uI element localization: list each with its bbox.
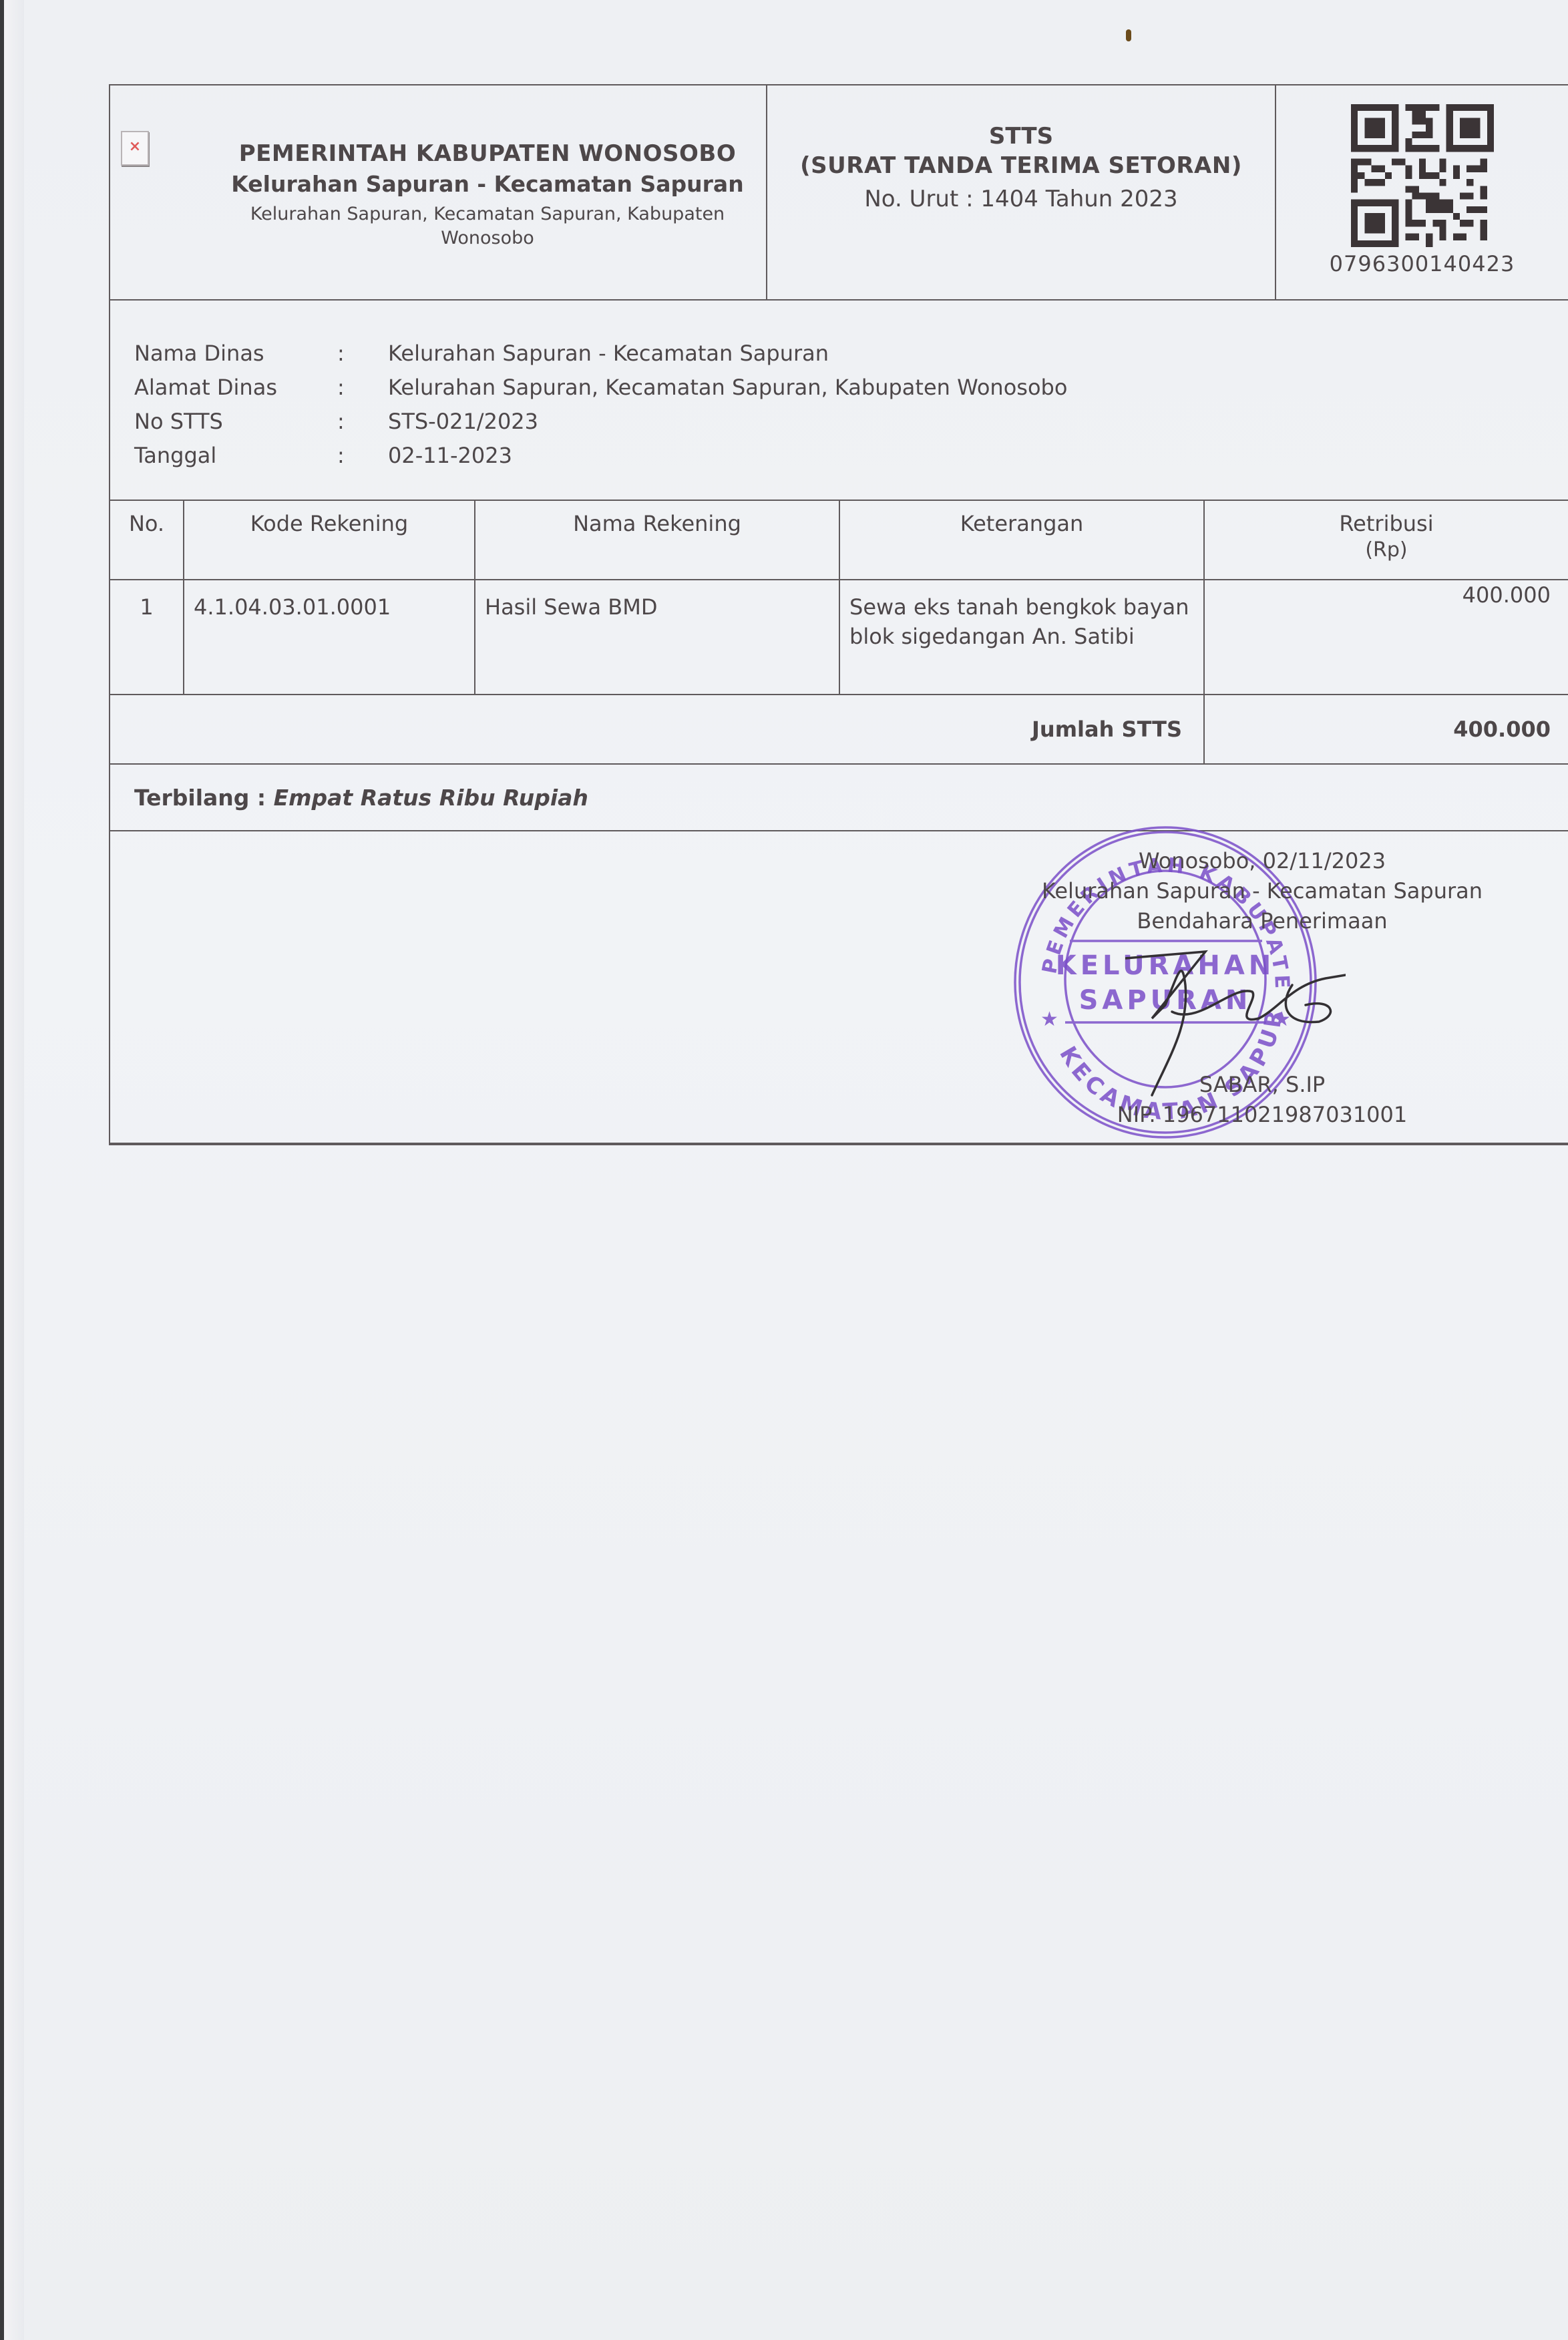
document-header: × PEMERINTAH KABUPATEN WONOSOBO Keluraha… [110, 85, 1568, 301]
cell-nama-rekening: Hasil Sewa BMD [475, 580, 839, 695]
info-row-alamat-dinas: Alamat Dinas : Kelurahan Sapuran, Kecama… [134, 371, 1568, 405]
info-separator: : [337, 337, 388, 371]
cell-no: 1 [110, 580, 184, 695]
table-header-row: No. Kode Rekening Nama Rekening Keterang… [110, 501, 1568, 580]
cell-retribusi: 400.000 [1204, 580, 1568, 695]
header-kode-rekening: Kode Rekening [184, 501, 475, 580]
info-label: Tanggal [134, 439, 337, 473]
terbilang-value: Empat Ratus Ribu Rupiah [274, 785, 588, 811]
header-qr: 0796300140423 [1276, 85, 1568, 299]
signer-nip: NIP. 196711021987031001 [978, 1100, 1546, 1130]
total-row: Jumlah STTS 400.000 [110, 695, 1568, 764]
header-retribusi: Retribusi (Rp) [1204, 501, 1568, 580]
sign-office: Kelurahan Sapuran - Kecamatan Sapuran [978, 876, 1546, 906]
info-value: 02-11-2023 [388, 439, 512, 473]
terbilang-label: Terbilang : [134, 785, 266, 811]
signature-section: PEMERINTAH KABUPATEN WONOSOBO KECAMATAN … [110, 831, 1568, 1144]
info-label: No STTS [134, 405, 337, 439]
info-value: Kelurahan Sapuran - Kecamatan Sapuran [388, 337, 829, 371]
stts-document: × PEMERINTAH KABUPATEN WONOSOBO Keluraha… [109, 84, 1568, 1145]
info-separator: : [337, 405, 388, 439]
terbilang-row: Terbilang : Empat Ratus Ribu Rupiah [110, 765, 1568, 831]
qr-code-icon [1351, 104, 1494, 247]
sign-place-date: Wonosobo, 02/11/2023 [978, 846, 1546, 876]
total-label: Jumlah STTS [110, 695, 1204, 764]
handwritten-signature-icon [1125, 945, 1346, 1099]
header-retribusi-label: Retribusi [1205, 510, 1567, 537]
header-document-title: STTS (SURAT TANDA TERIMA SETORAN) No. Ur… [767, 85, 1276, 299]
org-title: PEMERINTAH KABUPATEN WONOSOBO [230, 140, 745, 167]
scan-fold-shadow [4, 0, 24, 2340]
info-label: Nama Dinas [134, 337, 337, 371]
cell-kode-rekening: 4.1.04.03.01.0001 [184, 580, 475, 695]
doc-code: STTS [767, 123, 1275, 150]
info-value: Kelurahan Sapuran, Kecamatan Sapuran, Ka… [388, 371, 1067, 405]
qr-number: 0796300140423 [1276, 251, 1568, 276]
info-separator: : [337, 371, 388, 405]
cell-keterangan: Sewa eks tanah bengkok bayan blok sigeda… [839, 580, 1204, 695]
org-subtitle: Kelurahan Sapuran - Kecamatan Sapuran [230, 171, 745, 197]
broken-image-icon: × [121, 131, 149, 166]
info-row-nama-dinas: Nama Dinas : Kelurahan Sapuran - Kecamat… [134, 337, 1568, 371]
deposit-table: No. Kode Rekening Nama Rekening Keterang… [110, 501, 1568, 765]
info-row-no-stts: No STTS : STS-021/2023 [134, 405, 1568, 439]
header-organization: × PEMERINTAH KABUPATEN WONOSOBO Keluraha… [110, 85, 767, 299]
info-separator: : [337, 439, 388, 473]
header-no: No. [110, 501, 184, 580]
doc-title: (SURAT TANDA TERIMA SETORAN) [767, 152, 1275, 179]
info-section: Nama Dinas : Kelurahan Sapuran - Kecamat… [110, 301, 1568, 501]
org-address: Kelurahan Sapuran, Kecamatan Sapuran, Ka… [230, 202, 745, 250]
sign-position: Bendahara Penerimaan [978, 906, 1546, 936]
paper-speck [1126, 29, 1131, 41]
header-retribusi-unit: (Rp) [1205, 537, 1567, 564]
info-row-tanggal: Tanggal : 02-11-2023 [134, 439, 1568, 473]
header-nama-rekening: Nama Rekening [475, 501, 839, 580]
doc-number: No. Urut : 1404 Tahun 2023 [767, 186, 1275, 212]
info-value: STS-021/2023 [388, 405, 538, 439]
table-row: 1 4.1.04.03.01.0001 Hasil Sewa BMD Sewa … [110, 580, 1568, 695]
total-value: 400.000 [1204, 695, 1568, 764]
header-keterangan: Keterangan [839, 501, 1204, 580]
info-label: Alamat Dinas [134, 371, 337, 405]
